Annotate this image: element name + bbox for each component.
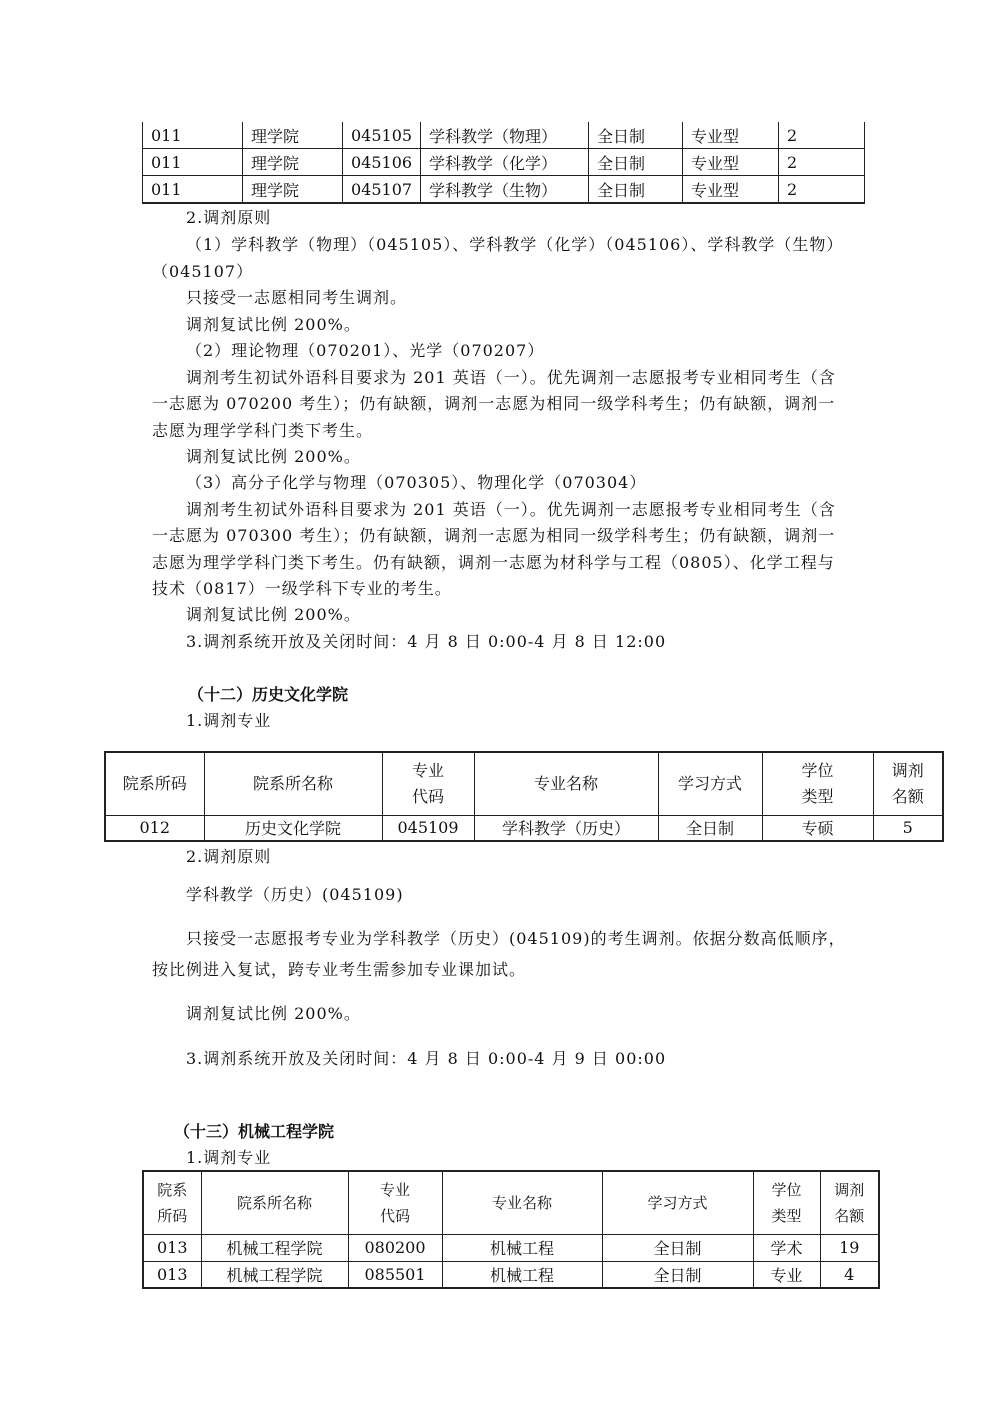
principle-text: 只接受一志愿报考专业为学科教学（历史）(045109)的考生调剂。依据分数高低顺…: [186, 929, 846, 949]
header-dept-name: 院系所名称: [201, 1171, 348, 1234]
principle-3-title: （3）高分子化学与物理（070305）、物理化学（070304）: [186, 473, 646, 493]
table-row: 011 理学院 045107 学科教学（生物） 全日制 专业型 2: [143, 176, 865, 204]
table-header-row: 院系所码 院系所名称 专业代码 专业名称 学习方式 学位类型 调剂名额: [143, 1171, 879, 1234]
header-text: 院系所名称: [237, 1194, 312, 1212]
cell-quota: 19: [820, 1234, 879, 1261]
header-text: 专业: [380, 1181, 410, 1199]
cell-study-mode: 全日制: [589, 176, 683, 204]
cell-dept-name: 机械工程学院: [201, 1234, 348, 1261]
principle-3-text: 志愿为理学学科门类下考生。仍有缺额，调剂一志愿为材科学与工程（0805）、化学工…: [152, 553, 835, 573]
header-study-mode: 学习方式: [602, 1171, 753, 1234]
principle-3-ratio: 调剂复试比例 200%。: [186, 605, 361, 625]
system-time: 3.调剂系统开放及关闭时间：4 月 8 日 0:00-4 月 9 日 00:00: [186, 1049, 666, 1069]
cell-study-mode: 全日制: [658, 815, 762, 841]
cell-dept-name: 理学院: [243, 122, 343, 149]
principle-2-text: 调剂考生初试外语科目要求为 201 英语（一）。优先调剂一志愿报考专业相同考生（…: [186, 368, 836, 388]
header-major-name: 专业名称: [442, 1171, 602, 1234]
principle-text: 按比例进入复试，跨专业考生需参加专业课加试。: [152, 960, 526, 980]
header-text: 调剂: [834, 1181, 864, 1199]
header-text: 学习方式: [678, 774, 742, 793]
header-text: 名额: [834, 1207, 864, 1225]
sub-heading-majors: 1.调剂专业: [186, 711, 271, 731]
header-text: 院系所码: [123, 774, 187, 793]
principle-1-title-cont: （045107）: [152, 262, 253, 282]
header-degree-type: 学位类型: [753, 1171, 820, 1234]
header-text: 代码: [380, 1207, 410, 1225]
cell-major-name: 学科教学（物理）: [421, 122, 589, 149]
header-text: 类型: [801, 787, 833, 806]
system-time: 3.调剂系统开放及关闭时间：4 月 8 日 0:00-4 月 8 日 12:00: [186, 632, 666, 652]
cell-degree-type: 专业: [753, 1261, 820, 1288]
cell-quota: 2: [779, 176, 865, 204]
cell-degree-type: 专硕: [762, 815, 873, 841]
cell-major-name: 学科教学（历史）: [474, 815, 658, 841]
header-text: 名额: [892, 787, 924, 806]
cell-dept-name: 理学院: [243, 176, 343, 204]
cell-major-name: 学科教学（化学）: [421, 149, 589, 176]
principle-2-title: （2）理论物理（070201）、光学（070207）: [186, 341, 544, 361]
header-text: 所码: [157, 1207, 187, 1225]
header-text: 院系: [157, 1181, 187, 1199]
cell-major-code: 045109: [382, 815, 474, 841]
header-text: 学位: [771, 1181, 801, 1199]
principle-3-text: 一志愿为 070300 考生）；仍有缺额，调剂一志愿为相同一级学科考生；仍有缺额…: [152, 526, 835, 546]
cell-degree-type: 专业型: [683, 122, 779, 149]
cell-dept-name: 理学院: [243, 149, 343, 176]
table-row: 011 理学院 045105 学科教学（物理） 全日制 专业型 2: [143, 122, 865, 149]
section-heading-history: （十二）历史文化学院: [188, 685, 348, 705]
cell-major-code: 045107: [343, 176, 421, 204]
cell-quota: 5: [873, 815, 943, 841]
cell-study-mode: 全日制: [602, 1234, 753, 1261]
principle-heading: 2.调剂原则: [186, 847, 271, 867]
cell-dept-name: 历史文化学院: [204, 815, 382, 841]
cell-degree-type: 专业型: [683, 149, 779, 176]
header-major-code: 专业代码: [382, 752, 474, 815]
cell-dept-code: 012: [105, 815, 204, 841]
cell-quota: 2: [779, 149, 865, 176]
header-text: 专业名称: [492, 1194, 552, 1212]
cell-quota: 4: [820, 1261, 879, 1288]
header-quota: 调剂名额: [820, 1171, 879, 1234]
cell-degree-type: 学术: [753, 1234, 820, 1261]
cell-major-code: 085501: [348, 1261, 442, 1288]
sub-heading-majors: 1.调剂专业: [186, 1148, 271, 1168]
table-row: 013 机械工程学院 080200 机械工程 全日制 学术 19: [143, 1234, 879, 1261]
table-row: 012 历史文化学院 045109 学科教学（历史） 全日制 专硕 5: [105, 815, 943, 841]
principle-1-ratio: 调剂复试比例 200%。: [186, 315, 361, 335]
principle-1-text: 只接受一志愿相同考生调剂。: [186, 288, 407, 308]
header-quota: 调剂名额: [873, 752, 943, 815]
cell-study-mode: 全日制: [589, 149, 683, 176]
cell-major-code: 080200: [348, 1234, 442, 1261]
header-degree-type: 学位类型: [762, 752, 873, 815]
cell-study-mode: 全日制: [602, 1261, 753, 1288]
principle-3-text: 技术（0817）一级学科下专业的考生。: [152, 579, 452, 599]
science-school-table: 011 理学院 045105 学科教学（物理） 全日制 专业型 2 011 理学…: [142, 122, 865, 204]
cell-major-code: 045106: [343, 149, 421, 176]
principle-3-text: 调剂考生初试外语科目要求为 201 英语（一）。优先调剂一志愿报考专业相同考生（…: [186, 500, 836, 520]
cell-degree-type: 专业型: [683, 176, 779, 204]
header-dept-name: 院系所名称: [204, 752, 382, 815]
principle-1-title: （1）学科教学（物理）（045105）、学科教学（化学）（045106）、学科教…: [186, 235, 843, 255]
cell-major-name: 机械工程: [442, 1261, 602, 1288]
header-major-name: 专业名称: [474, 752, 658, 815]
cell-dept-code: 011: [143, 149, 243, 176]
cell-dept-name: 机械工程学院: [201, 1261, 348, 1288]
header-dept-code: 院系所码: [105, 752, 204, 815]
table-header-row: 院系所码 院系所名称 专业代码 专业名称 学习方式 学位类型 调剂名额: [105, 752, 943, 815]
cell-major-name: 学科教学（生物）: [421, 176, 589, 204]
header-study-mode: 学习方式: [658, 752, 762, 815]
header-text: 专业: [412, 761, 444, 780]
cell-major-code: 045105: [343, 122, 421, 149]
cell-dept-code: 011: [143, 122, 243, 149]
cell-dept-code: 011: [143, 176, 243, 204]
principle-title: 学科教学（历史）(045109): [186, 885, 404, 905]
header-text: 学位: [801, 761, 833, 780]
cell-quota: 2: [779, 122, 865, 149]
header-major-code: 专业代码: [348, 1171, 442, 1234]
history-school-table: 院系所码 院系所名称 专业代码 专业名称 学习方式 学位类型 调剂名额 012 …: [104, 751, 944, 842]
cell-study-mode: 全日制: [589, 122, 683, 149]
mechanical-school-table: 院系所码 院系所名称 专业代码 专业名称 学习方式 学位类型 调剂名额 013 …: [142, 1170, 880, 1289]
cell-dept-code: 013: [143, 1261, 201, 1288]
header-text: 学习方式: [647, 1194, 707, 1212]
cell-major-name: 机械工程: [442, 1234, 602, 1261]
section-heading-mechanical: （十三）机械工程学院: [174, 1122, 334, 1142]
header-text: 调剂: [892, 761, 924, 780]
principle-heading: 2.调剂原则: [186, 208, 271, 228]
principle-ratio: 调剂复试比例 200%。: [186, 1004, 361, 1024]
table-row: 013 机械工程学院 085501 机械工程 全日制 专业 4: [143, 1261, 879, 1288]
header-dept-code: 院系所码: [143, 1171, 201, 1234]
header-text: 院系所名称: [253, 774, 333, 793]
principle-2-ratio: 调剂复试比例 200%。: [186, 447, 361, 467]
header-text: 代码: [412, 787, 444, 806]
principle-2-text: 志愿为理学学科门类下考生。: [152, 421, 373, 441]
table-row: 011 理学院 045106 学科教学（化学） 全日制 专业型 2: [143, 149, 865, 176]
principle-2-text: 一志愿为 070200 考生）；仍有缺额，调剂一志愿为相同一级学科考生；仍有缺额…: [152, 394, 835, 414]
header-text: 类型: [771, 1207, 801, 1225]
cell-dept-code: 013: [143, 1234, 201, 1261]
header-text: 专业名称: [534, 774, 598, 793]
